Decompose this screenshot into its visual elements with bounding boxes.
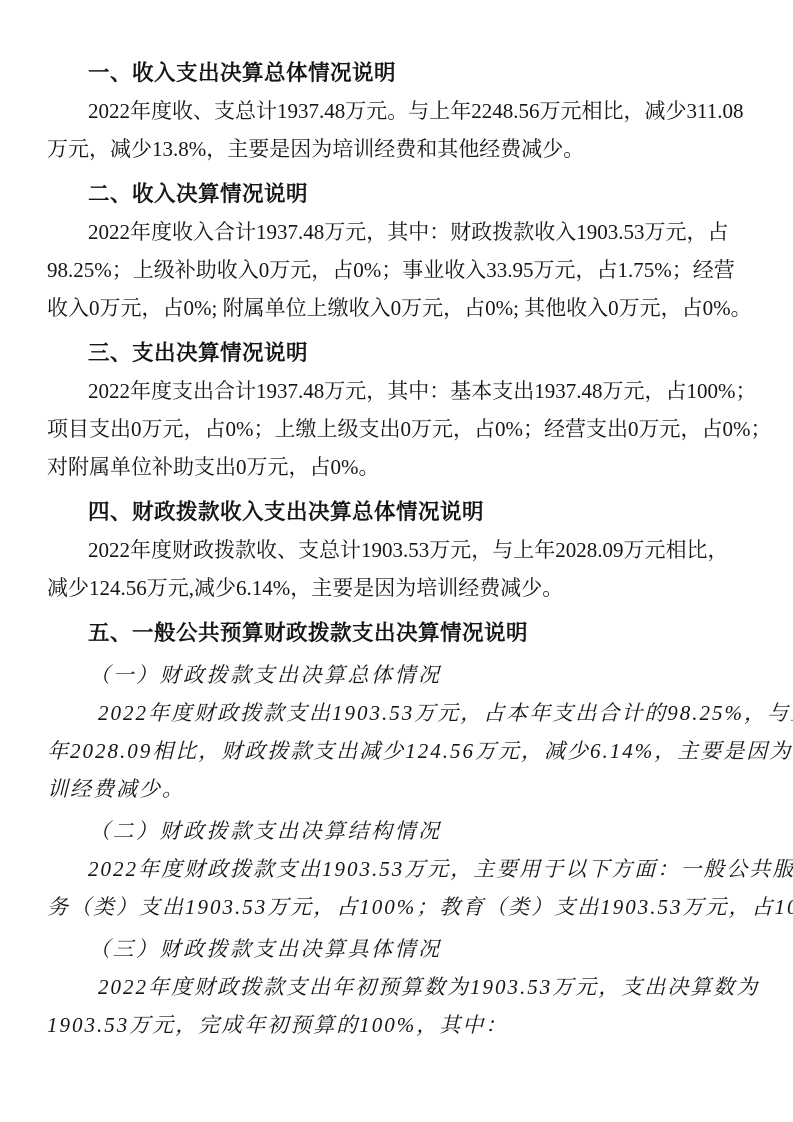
- section-3-heading: 三、支出决算情况说明: [47, 334, 789, 372]
- section-5-sub-2-line-1: 2022年度财政拨款支出1903.53万元，主要用于以下方面：一般公共服: [47, 850, 789, 888]
- section-5-subheading-1: （一）财政拨款支出决算总体情况: [47, 656, 789, 694]
- section-5-sub-2-line-2: 务（类）支出1903.53万元，占100%；教育（类）支出1903.53万元，占…: [47, 888, 789, 926]
- section-5-sub-3-line-2: 1903.53万元，完成年初预算的100%，其中：: [47, 1006, 789, 1044]
- section-5-subheading-2: （二）财政拨款支出决算结构情况: [47, 812, 789, 850]
- section-5-subheading-3: （三）财政拨款支出决算具体情况: [47, 930, 789, 968]
- section-1-heading: 一、收入支出决算总体情况说明: [47, 54, 789, 92]
- section-2-paragraph-line-1: 2022年度收入合计1937.48万元，其中：财政拨款收入1903.53万元，占: [47, 213, 789, 251]
- section-5-sub-1-line-2: 年2028.09相比，财政拨款支出减少124.56万元，减少6.14%，主要是因…: [47, 732, 789, 770]
- section-4-paragraph-line-1: 2022年度财政拨款收、支总计1903.53万元，与上年2028.09万元相比，: [47, 531, 789, 569]
- section-3-paragraph-line-1: 2022年度支出合计1937.48万元，其中：基本支出1937.48万元，占10…: [47, 372, 789, 410]
- section-1-paragraph-line-2: 万元，减少13.8%，主要是因为培训经费和其他经费减少。: [47, 130, 789, 168]
- section-2-paragraph-line-3: 收入0万元，占0%; 附属单位上缴收入0万元，占0%; 其他收入0万元，占0%。: [47, 289, 789, 327]
- section-4-heading: 四、财政拨款收入支出决算总体情况说明: [47, 493, 789, 531]
- section-2-paragraph-line-2: 98.25%；上级补助收入0万元，占0%；事业收入33.95万元，占1.75%；…: [47, 251, 789, 289]
- section-5-sub-1-line-1: 2022年度财政拨款支出1903.53万元，占本年支出合计的98.25%，与上: [47, 694, 789, 732]
- section-5-sub-1-line-3: 训经费减少。: [47, 770, 789, 808]
- section-3-paragraph-line-2: 项目支出0万元，占0%；上缴上级支出0万元，占0%；经营支出0万元，占0%；: [47, 410, 789, 448]
- document-page: 一、收入支出决算总体情况说明 2022年度收、支总计1937.48万元。与上年2…: [0, 0, 793, 1122]
- section-5-sub-3-line-1: 2022年度财政拨款支出年初预算数为1903.53万元，支出决算数为: [47, 968, 789, 1006]
- section-3-paragraph-line-3: 对附属单位补助支出0万元，占0%。: [47, 448, 789, 486]
- section-4-paragraph-line-2: 减少124.56万元,减少6.14%，主要是因为培训经费减少。: [47, 569, 789, 607]
- section-2-heading: 二、收入决算情况说明: [47, 175, 789, 213]
- section-1-paragraph-line-1: 2022年度收、支总计1937.48万元。与上年2248.56万元相比，减少31…: [47, 92, 789, 130]
- section-5-heading: 五、一般公共预算财政拨款支出决算情况说明: [47, 614, 789, 652]
